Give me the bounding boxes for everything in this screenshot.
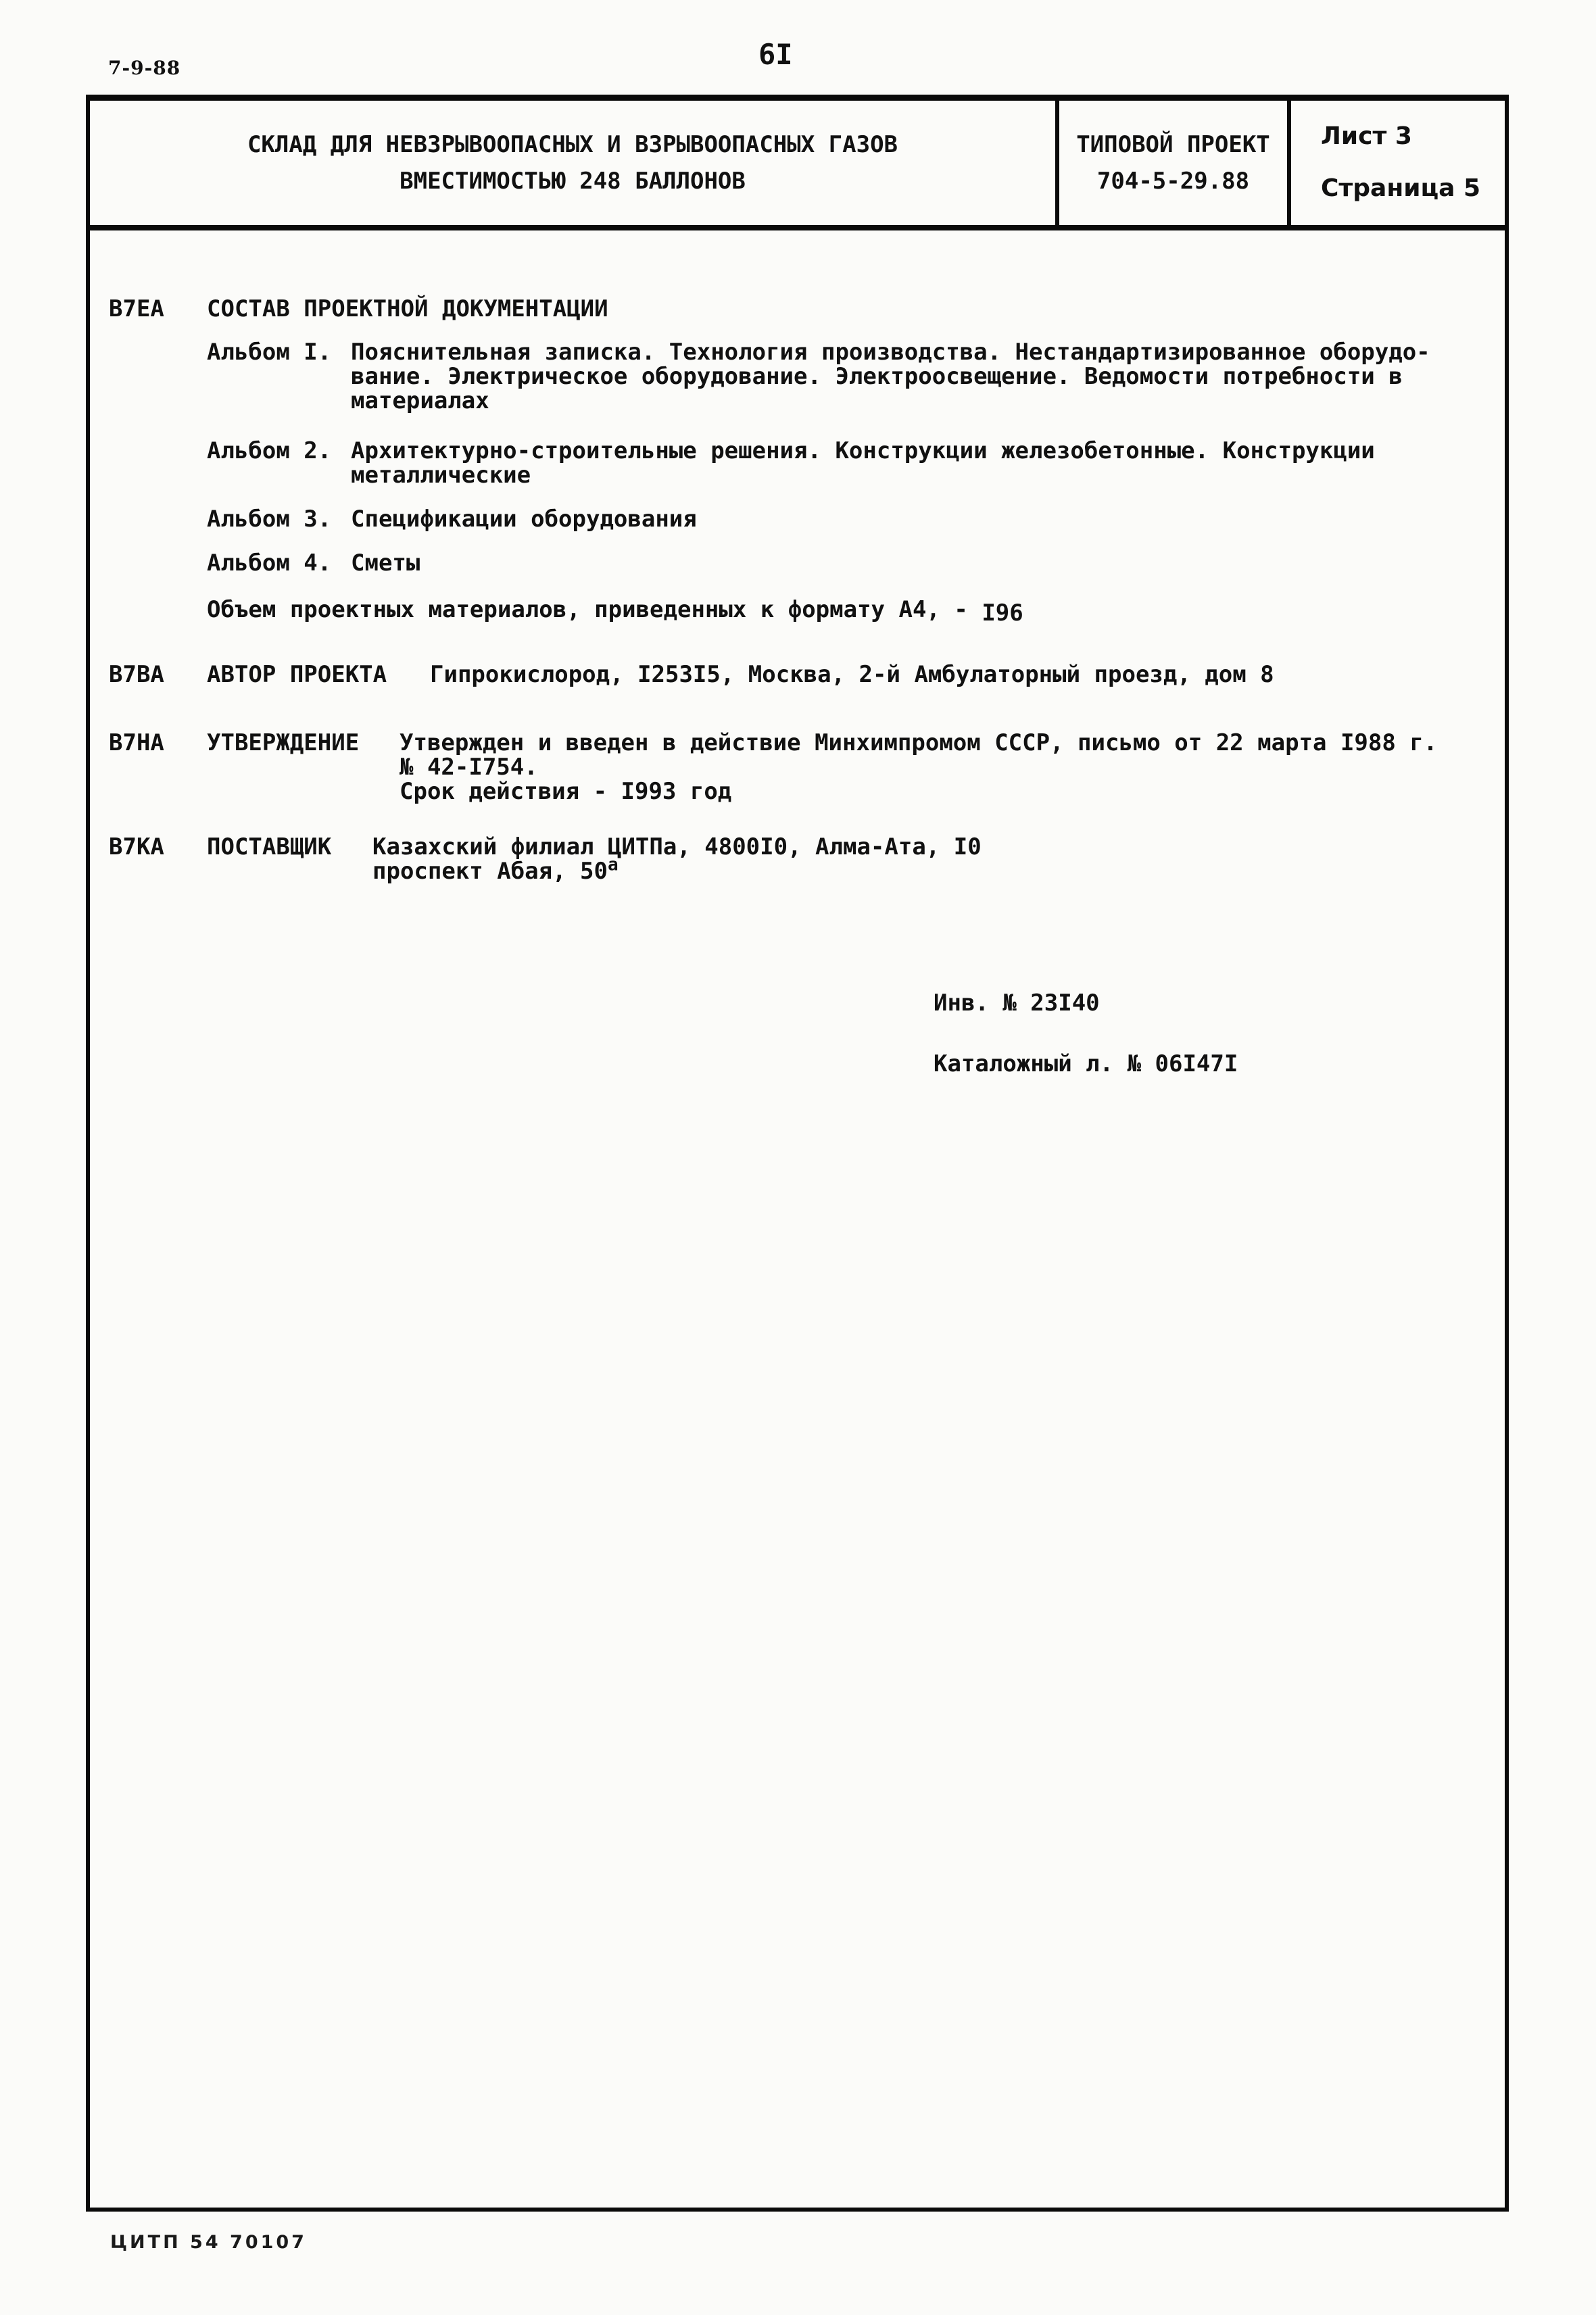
supplier-superscript: а (608, 855, 619, 875)
album-1-text: Пояснительная записка. Технология произв… (351, 340, 1430, 413)
album-3-row: Альбом 3. Спецификации оборудования (207, 507, 697, 531)
author-text: Гипрокислород, I253I5, Москва, 2-й Амбул… (430, 662, 1274, 687)
catalog-number: Каталожный л. № 06I47I (934, 1052, 1238, 1076)
album-4-text: Сметы (351, 551, 420, 575)
album-4-label: Альбом 4. (207, 551, 351, 575)
volume-note: Объем проектных материалов, приведенных … (207, 596, 982, 623)
album-1-label: Альбом I. (207, 340, 351, 413)
composition-heading: СОСТАВ ПРОЕКТНОЙ ДОКУМЕНТАЦИИ (207, 297, 608, 321)
supplier-text: Казахский филиал ЦИТПа, 4800I0, Алма-Ата… (372, 835, 982, 883)
approval-text: Утвержден и введен в действие Минхимпром… (400, 731, 1437, 804)
approval-label: УТВЕРЖДЕНИЕ (207, 731, 400, 804)
album-3-label: Альбом 3. (207, 507, 351, 531)
page-number: 6I (758, 38, 793, 71)
approval-row: УТВЕРЖДЕНИЕ Утвержден и введен в действи… (207, 731, 1437, 804)
supplier-label: ПОСТАВЩИК (207, 835, 372, 883)
supplier-row: ПОСТАВЩИК Казахский филиал ЦИТПа, 4800I0… (207, 835, 982, 883)
album-3-text: Спецификации оборудования (351, 507, 697, 531)
supplier-address: Казахский филиал ЦИТПа, 4800I0, Алма-Ата… (372, 833, 982, 885)
album-2-row: Альбом 2. Архитектурно-строительные реше… (207, 439, 1375, 487)
document-body: В7ЕА СОСТАВ ПРОЕКТНОЙ ДОКУМЕНТАЦИИ Альбо… (90, 101, 1505, 2208)
printing-house-mark: ЦИТП 54 70107 (110, 2232, 307, 2253)
album-1-row: Альбом I. Пояснительная записка. Техноло… (207, 340, 1430, 413)
volume-value: I96 (982, 600, 1023, 627)
section-code-author: В7ВА (109, 662, 164, 687)
section-code-composition: В7ЕА (109, 297, 164, 321)
author-label: АВТОР ПРОЕКТА (207, 662, 430, 687)
section-code-supplier: В7КА (109, 835, 164, 859)
album-2-label: Альбом 2. (207, 439, 351, 487)
author-row: АВТОР ПРОЕКТА Гипрокислород, I253I5, Мос… (207, 662, 1274, 687)
document-page: 7-9-88 6I СКЛАД ДЛЯ НЕВЗРЫВООПАСНЫХ И ВЗ… (0, 0, 1596, 2315)
volume-note-row: Объем проектных материалов, приведенных … (207, 598, 1023, 622)
document-frame: СКЛАД ДЛЯ НЕВЗРЫВООПАСНЫХ И ВЗРЫВООПАСНЫ… (86, 95, 1509, 2212)
print-date-mark: 7-9-88 (108, 57, 180, 79)
section-code-approval: В7НА (109, 731, 164, 755)
album-2-text: Архитектурно-строительные решения. Конст… (351, 439, 1375, 487)
inventory-number: Инв. № 23I40 (934, 991, 1100, 1015)
album-4-row: Альбом 4. Сметы (207, 551, 420, 575)
